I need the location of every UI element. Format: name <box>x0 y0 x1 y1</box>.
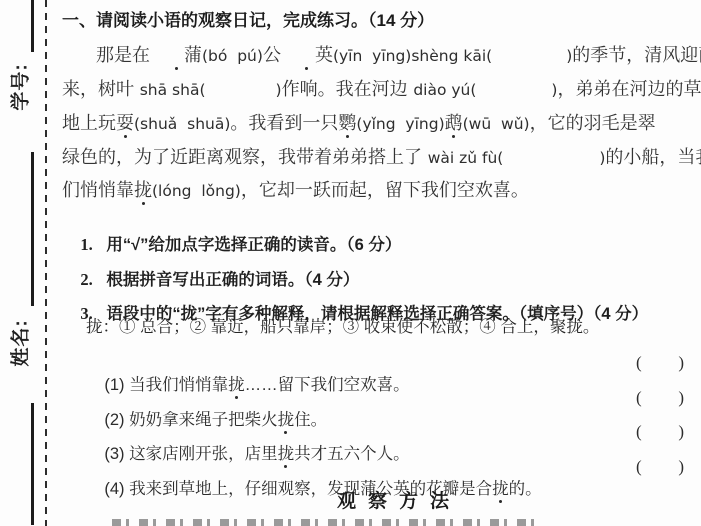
fill-in-blank <box>476 94 551 95</box>
text-segment: ，它却一跃而起，留下我们空欢喜。 <box>241 180 529 201</box>
fill-in-blank <box>206 94 276 95</box>
fill-in-blank <box>492 60 566 61</box>
name-label: 姓名: <box>6 319 33 366</box>
answer-paren-close: ) <box>678 421 684 443</box>
dotted-character: 蒲 <box>150 45 202 67</box>
answer-parentheses-4: () <box>636 456 684 478</box>
margin-rule-segment-top <box>31 0 34 52</box>
passage-line-1: 那是在蒲(bó pú)公英(yīn yīng)shèng kāi()的季节，清风… <box>62 45 690 67</box>
question-1: 1.用“√”给加点字选择正确的读音。（6 分） <box>62 212 690 234</box>
text-segment: 们悄悄靠 <box>62 180 134 201</box>
dotted-character: 耍 <box>116 113 134 135</box>
text-segment: 。我看到一只 <box>230 113 338 134</box>
text-segment: 来，树叶 <box>62 79 140 100</box>
text-segment: 公 <box>263 45 281 66</box>
answer-parentheses-3: () <box>636 421 684 443</box>
sub-item-3: (3) 这家店刚开张，店里拢共才五六个人。 () <box>62 421 690 443</box>
dotted-character: 拢 <box>134 180 152 202</box>
dotted-character: 鹉 <box>445 113 463 135</box>
margin-dashed-rule <box>45 0 47 526</box>
text-segment: 作响。我在河边 <box>282 79 414 100</box>
answer-paren-open: ( <box>636 352 642 374</box>
text-segment: 的季节，清风迎面吹 <box>572 45 701 66</box>
text-segment: 地上玩 <box>62 113 116 134</box>
sub-item-1: (1) 当我们悄悄靠拢……留下我们空欢喜。 () <box>62 352 690 374</box>
pinyin-segment: wài zǔ fù( <box>428 149 504 167</box>
margin-rule-segment-middle <box>31 152 34 306</box>
dotted-character: 英 <box>281 45 333 67</box>
pinyin-segment: diào yú( <box>413 81 476 99</box>
pinyin-segment: (yīn yīng) <box>333 47 411 65</box>
text-segment: ，它的羽毛是翠 <box>530 113 656 134</box>
answer-paren-close: ) <box>678 456 684 478</box>
pinyin-segment: (lóng lǒng) <box>152 182 241 200</box>
text-segment: 的小船，当我 <box>605 147 701 168</box>
dotted-character: 拢 <box>492 478 509 500</box>
text-segment: 的。 <box>509 480 542 498</box>
answer-parentheses-2: () <box>636 387 684 409</box>
pinyin-segment: (yǐng yīng) <box>356 115 444 133</box>
pinyin-segment: (wū wǔ) <box>463 115 530 133</box>
sub-item-4: (4) 我来到草地上，仔细观察，发现蒲公英的花瓣是合拢的。 () <box>62 456 690 478</box>
text-segment: 绿色的，为了近距离观察，我带着弟弟搭上了 <box>62 147 428 168</box>
sub-item-4-text: (4) 我来到草地上，仔细观察，发现蒲公英的花瓣是合拢的。 <box>104 480 541 498</box>
dotted-character: 鹦 <box>338 113 356 135</box>
question-3: 3.语段中的“拢”字有多种解释，请根据解释选择正确答案。（填序号）（4 分） <box>62 281 690 303</box>
section-heading: 一、请阅读小语的观察日记，完成练习。（14 分） <box>62 10 690 32</box>
footer-heading: 观察方法 <box>337 491 461 513</box>
answer-paren-open: ( <box>636 421 642 443</box>
passage-line-4: 绿色的，为了近距离观察，我带着弟弟搭上了 wài zǔ fù()的小船，当我 <box>62 147 690 169</box>
student-id-label: 学号: <box>6 63 33 110</box>
answer-paren-open: ( <box>636 387 642 409</box>
pinyin-segment: shèng kāi( <box>411 47 492 65</box>
answer-parentheses-1: () <box>636 352 684 374</box>
fill-in-blank <box>503 162 599 163</box>
answer-paren-close: ) <box>678 352 684 374</box>
sub-item-2: (2) 奶奶拿来绳子把柴火拢住。 () <box>62 387 690 409</box>
pinyin-segment: (bó pú) <box>202 47 263 65</box>
cutoff-next-line <box>112 519 538 526</box>
passage-line-2: 来，树叶 shā shā()作响。我在河边 diào yú()，弟弟在河边的草 <box>62 79 690 101</box>
text-segment: 那是在 <box>96 45 150 66</box>
pinyin-segment: shā shā( <box>140 81 206 99</box>
definitions-line: 拢：① 总合；② 靠近，船只靠岸；③ 收束使不松散；④ 合上，聚拢。 <box>62 316 690 338</box>
answer-paren-close: ) <box>678 387 684 409</box>
pinyin-segment: (shuǎ shuā) <box>134 115 230 133</box>
answer-paren-open: ( <box>636 456 642 478</box>
passage-line-5: 们悄悄靠拢(lóng lǒng)，它却一跃而起，留下我们空欢喜。 <box>62 180 690 202</box>
worksheet-page: 学号: 姓名: 一、请阅读小语的观察日记，完成练习。（14 分） 那是在蒲(bó… <box>0 0 701 526</box>
passage-line-3: 地上玩耍(shuǎ shuā)。我看到一只鹦(yǐng yīng)鹉(wū wǔ… <box>62 113 690 135</box>
margin-rule-segment-bottom <box>31 403 34 525</box>
text-segment: ，弟弟在河边的草 <box>557 79 701 100</box>
question-2: 2.根据拼音写出正确的词语。（4 分） <box>62 247 690 269</box>
